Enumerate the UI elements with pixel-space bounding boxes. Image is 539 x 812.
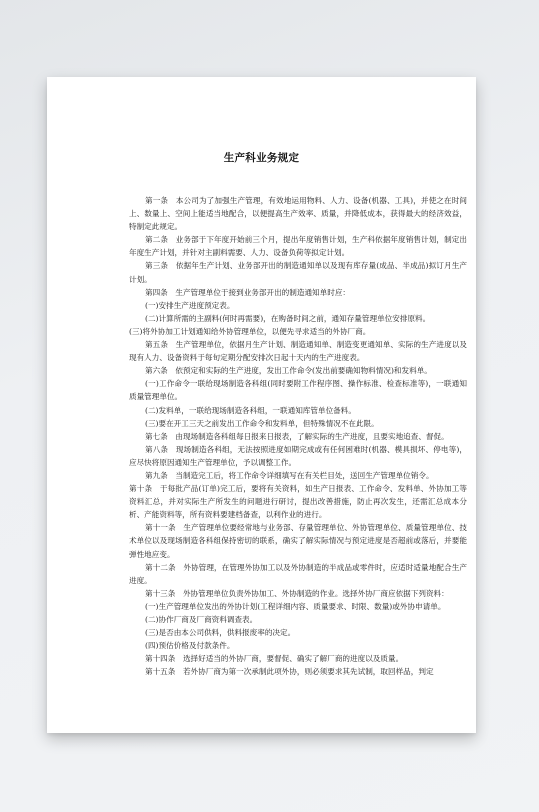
document-paragraph: 第十二条 外协管理，在管理外协加工以及外协制造的半成品或零件时，应适时适量地配合…	[129, 561, 467, 587]
document-paragraph: 第十五条 若外协厂商为第一次承制此项外协，则必须要求其先试制，取回样品，判定	[129, 665, 467, 678]
document-paragraph: (三)将外协加工计划通知给外协管理单位，以便先寻求适当的外协厂商。	[129, 325, 467, 338]
document-paragraph: (三)是否由本公司供料，供料报废率的决定。	[129, 626, 467, 639]
document-paragraph: 第二条 业务部于下年度开始前三个月，提出年度销售计划，生产科依据年度销售计划，制…	[129, 233, 467, 259]
document-paragraph: 第十条 于每批产品(订单)完工后，要将有关资料，如生产日报表、工作命令、发料单、…	[129, 482, 467, 521]
document-page: 生产科业务规定 第一条 本公司为了加强生产管理，有效地运用物料、人力、设备(机器…	[47, 77, 476, 733]
document-paragraph: 第九条 当制造完工后，将工作命令详细填写在有关栏目处，送回生产管理单位销令。	[129, 469, 467, 482]
document-paragraph: 第四条 生产管理单位于接到业务部开出的制造通知单时应：	[129, 286, 467, 299]
document-paragraph: 第三条 依据年生产计划、业务部开出的制造通知单以及现有库存量(成品、半成品)拟订…	[129, 259, 467, 285]
document-paragraph: (一)生产管理单位发出的外协计划(工程详细内容、质量要求、时限、数量)或外协申请…	[129, 600, 467, 613]
document-paragraph: 第七条 由现场制造各科组每日报来日报表，了解实际的生产进度，且要实地追查、督促。	[129, 430, 467, 443]
document-paragraph: 第一条 本公司为了加强生产管理，有效地运用物料、人力、设备(机器、工具)，并使之…	[129, 194, 467, 233]
document-body: 第一条 本公司为了加强生产管理，有效地运用物料、人力、设备(机器、工具)，并使之…	[129, 194, 467, 678]
document-paragraph: 第六条 依预定和实际的生产进度，发出工作命令(发出前要确知物料情况)和发料单。	[129, 364, 467, 377]
document-paragraph: 第五条 生产管理单位，依据月生产计划、制造通知单、制造变更通知单、实际的生产进度…	[129, 338, 467, 364]
document-title: 生产科业务规定	[47, 150, 476, 165]
document-paragraph: 第八条 现场制造各科组，无法按照进度如期完成或有任何困难时(机器、模具损坏、停电…	[129, 443, 467, 469]
document-paragraph: (四)预估价格及付款条件。	[129, 639, 467, 652]
document-paragraph: (一)工作命令一联给现场制造各科组(同时要附工作程序图、操作标准、检查标准等)，…	[129, 377, 467, 403]
document-paragraph: (二)发料单，一联给现场制造各科组，一联通知库管单位备料。	[129, 404, 467, 417]
document-paragraph: 第十三条 外协管理单位负责外协加工、外协制造的作业。选择外协厂商应依据下列资料：	[129, 587, 467, 600]
document-paragraph: (一)安排生产进度预定表。	[129, 299, 467, 312]
document-paragraph: 第十四条 选择好适当的外协厂商，要督促、确实了解厂商的进度以及质量。	[129, 652, 467, 665]
document-paragraph: (二)协作厂商及厂商资料调查表。	[129, 613, 467, 626]
document-paragraph: 第十一条 生产管理单位要经常地与业务部、存量管理单位、外协管理单位、质量管理单位…	[129, 521, 467, 560]
document-paragraph: (二)计算所需的主副料(何时再需要)，在购备时间之前，通知存量管理单位安排原料。	[129, 312, 467, 325]
document-paragraph: (三)要在开工三天之前发出工作命令和发料单，但特殊情况不在此限。	[129, 417, 467, 430]
